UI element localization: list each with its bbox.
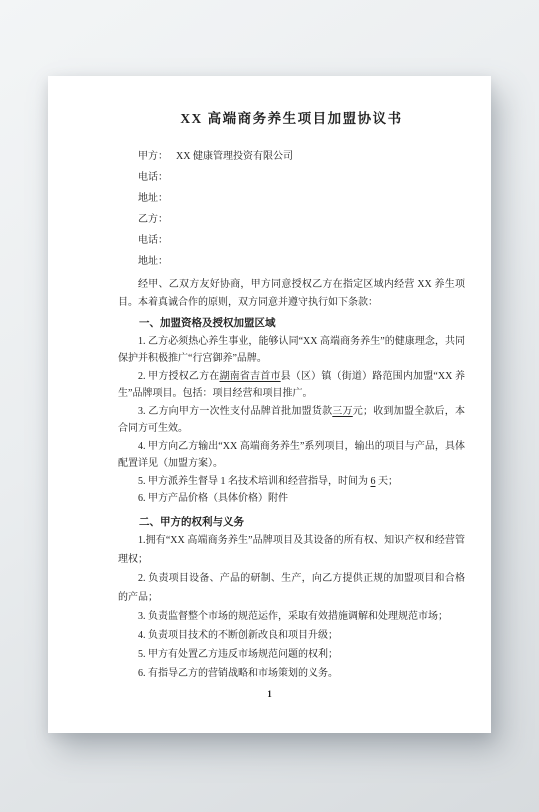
page-number: 1: [48, 689, 491, 699]
clause-item: 3. 负责监督整个市场的规范运作，采取有效措施调解和处理规范市场；: [118, 607, 465, 626]
clause-item: 2. 甲方授权乙方在湖南省吉首市县（区）镇（街道）路范围内加盟“XX 养生”品牌…: [118, 368, 465, 403]
clause-text: 4. 甲方向乙方输出“XX 高端商务养生”系列项目，输出的项目与产品，具体配置详…: [118, 441, 465, 470]
clause-text: 6. 有指导乙方的营销战略和市场策划的义务。: [138, 668, 338, 679]
intro-paragraph: 经甲、乙双方友好协商，甲方同意授权乙方在指定区域内经营 XX 养生项目。本着真诚…: [118, 276, 465, 311]
section-heading: 二、甲方的权利与义务: [118, 514, 465, 532]
party-line: 地址：: [118, 251, 465, 272]
document-title: XX 高端商务养生项目加盟协议书: [118, 109, 465, 128]
party-label: 甲方：: [138, 151, 168, 162]
party-label: 地址：: [138, 256, 168, 267]
clause-item: 1.拥有“XX 高端商务养生”品牌项目及其设备的所有权、知识产权和经营管理权；: [118, 531, 465, 569]
clause-text: 1.拥有“XX 高端商务养生”品牌项目及其设备的所有权、知识产权和经营管理权；: [118, 535, 465, 565]
clause-item: 6. 甲方产品价格（具体价格）附件: [118, 490, 465, 508]
party-line: 乙方：: [118, 209, 465, 230]
clause-item: 4. 甲方向乙方输出“XX 高端商务养生”系列项目，输出的项目与产品，具体配置详…: [118, 438, 465, 473]
party-value: XX 健康管理投资有限公司: [176, 151, 293, 162]
clause-item: 1. 乙方必须热心养生事业，能够认同“XX 高端商务养生”的健康理念，共同保护并…: [118, 333, 465, 368]
clause-text: 6. 甲方产品价格（具体价格）附件: [138, 493, 288, 504]
clause-text: 5. 甲方派养生督导 1 名技术培训和经营指导，时间为: [138, 476, 371, 487]
sections: 一、加盟资格及授权加盟区域1. 乙方必须热心养生事业，能够认同“XX 高端商务养…: [118, 315, 465, 683]
clause-text: 1. 乙方必须热心养生事业，能够认同“XX 高端商务养生”的健康理念，共同保护并…: [118, 336, 465, 365]
party-line: 甲方：XX 健康管理投资有限公司: [118, 146, 465, 167]
clause-text: 2. 甲方授权乙方在: [138, 371, 220, 382]
clause-text: 5. 甲方有处置乙方违反市场规范问题的权利；: [138, 649, 338, 660]
clause-text: 4. 负责项目技术的不断创新改良和项目升级；: [138, 630, 338, 641]
clause-item: 2. 负责项目设备、产品的研制、生产，向乙方提供正规的加盟项目和合格的产品；: [118, 569, 465, 607]
party-label: 乙方：: [138, 214, 168, 225]
clause-item: 5. 甲方有处置乙方违反市场规范问题的权利；: [118, 645, 465, 664]
section-heading: 一、加盟资格及授权加盟区域: [118, 315, 465, 333]
filled-blank-text: 湖南省吉首市: [220, 371, 281, 382]
desk-background: { "doc": { "title": "XX 高端商务养生项目加盟协议书", …: [0, 0, 539, 812]
clause-text: 3. 负责监督整个市场的规范运作，采取有效措施调解和处理规范市场；: [138, 611, 448, 622]
party-line: 电话：: [118, 167, 465, 188]
filled-blank-text: 三万: [332, 406, 352, 417]
party-line: 电话：: [118, 230, 465, 251]
party-info-block: 甲方：XX 健康管理投资有限公司电话：地址：乙方：电话：地址：: [118, 146, 465, 272]
clause-item: 3. 乙方向甲方一次性支付品牌首批加盟货款三万元；收到加盟全款后，本合同方可生效…: [118, 403, 465, 438]
clause-item: 5. 甲方派养生督导 1 名技术培训和经营指导，时间为 6 天；: [118, 473, 465, 491]
party-label: 电话：: [138, 235, 168, 246]
party-label: 地址：: [138, 193, 168, 204]
clause-text: 3. 乙方向甲方一次性支付品牌首批加盟货款: [138, 406, 332, 417]
clause-item: 4. 负责项目技术的不断创新改良和项目升级；: [118, 626, 465, 645]
document-page: XX 高端商务养生项目加盟协议书 甲方：XX 健康管理投资有限公司电话：地址：乙…: [48, 76, 491, 733]
clause-item: 6. 有指导乙方的营销战略和市场策划的义务。: [118, 664, 465, 683]
party-line: 地址：: [118, 188, 465, 209]
party-label: 电话：: [138, 172, 168, 183]
clause-text: 天；: [376, 476, 399, 487]
clause-text: 2. 负责项目设备、产品的研制、生产，向乙方提供正规的加盟项目和合格的产品；: [118, 573, 465, 603]
